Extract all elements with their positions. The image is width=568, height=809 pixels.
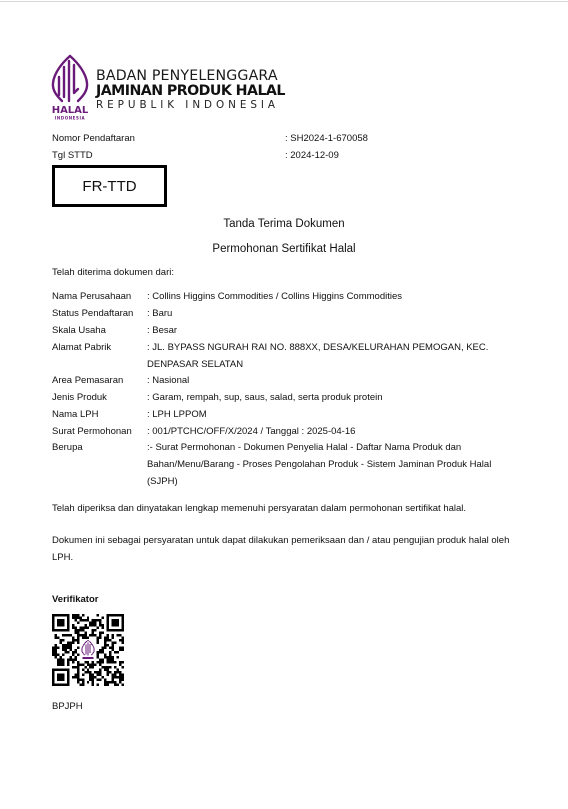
- statement-complete: Telah diperiksa dan dinyatakan lengkap m…: [52, 500, 512, 517]
- svg-text:HALAL: HALAL: [52, 105, 89, 116]
- meta-label: Nomor Pendaftaran: [52, 133, 135, 145]
- detail-label: Skala Usaha: [52, 322, 106, 339]
- detail-value: : LPH LPPOM: [147, 406, 512, 423]
- detail-value: : Besar: [147, 322, 512, 339]
- svg-text:INDONESIA: INDONESIA: [55, 116, 86, 121]
- detail-label: Alamat Pabrik: [52, 339, 111, 356]
- detail-value: : Garam, rempah, sup, saus, salad, serta…: [147, 389, 512, 406]
- detail-value: : Collins Higgins Commodities / Collins …: [147, 288, 512, 305]
- statement-purpose: Dokumen ini sebagai persyaratan untuk da…: [52, 532, 512, 566]
- verifier-heading: Verifikator: [52, 594, 98, 606]
- intro-text: Telah diterima dokumen dari:: [52, 264, 512, 281]
- meta-value: : SH2024-1-670058: [285, 133, 368, 145]
- detail-label: Nama Perusahaan: [52, 288, 131, 305]
- document-subtitle: Permohonan Sertifikat Halal: [0, 242, 568, 256]
- detail-value: : Baru: [147, 305, 512, 322]
- halal-indonesia-logo-icon: HALAL INDONESIA: [48, 53, 92, 121]
- detail-label: Status Pendaftaran: [52, 305, 133, 322]
- qr-code-icon: [52, 614, 124, 686]
- detail-label: Nama LPH: [52, 406, 98, 423]
- meta-value: : 2024-12-09: [285, 150, 339, 162]
- meta-label: Tgl STTD: [52, 150, 93, 162]
- detail-label: Jenis Produk: [52, 389, 107, 406]
- organization-name: BADAN PENYELENGGARA JAMINAN PRODUK HALAL…: [96, 69, 285, 111]
- detail-label: Surat Permohonan: [52, 423, 132, 440]
- detail-value: : 001/PTCHC/OFF/X/2024 / Tanggal : 2025-…: [147, 423, 512, 440]
- top-divider: [0, 1, 568, 2]
- detail-value: :- Surat Permohonan - Dokumen Penyelia H…: [147, 439, 512, 490]
- detail-value: : Nasional: [147, 372, 512, 389]
- org-line-2: JAMINAN PRODUK HALAL: [96, 84, 285, 99]
- verifier-name: BPJPH: [52, 701, 83, 713]
- form-code-box: FR-TTD: [52, 165, 167, 207]
- org-line-1: BADAN PENYELENGGARA: [96, 69, 285, 84]
- detail-label: Berupa: [52, 439, 83, 456]
- org-line-3: REPUBLIK INDONESIA: [96, 99, 285, 111]
- document-title: Tanda Terima Dokumen: [0, 217, 568, 231]
- detail-value: : JL. BYPASS NGURAH RAI NO. 888XX, DESA/…: [147, 339, 512, 373]
- detail-label: Area Pemasaran: [52, 372, 123, 389]
